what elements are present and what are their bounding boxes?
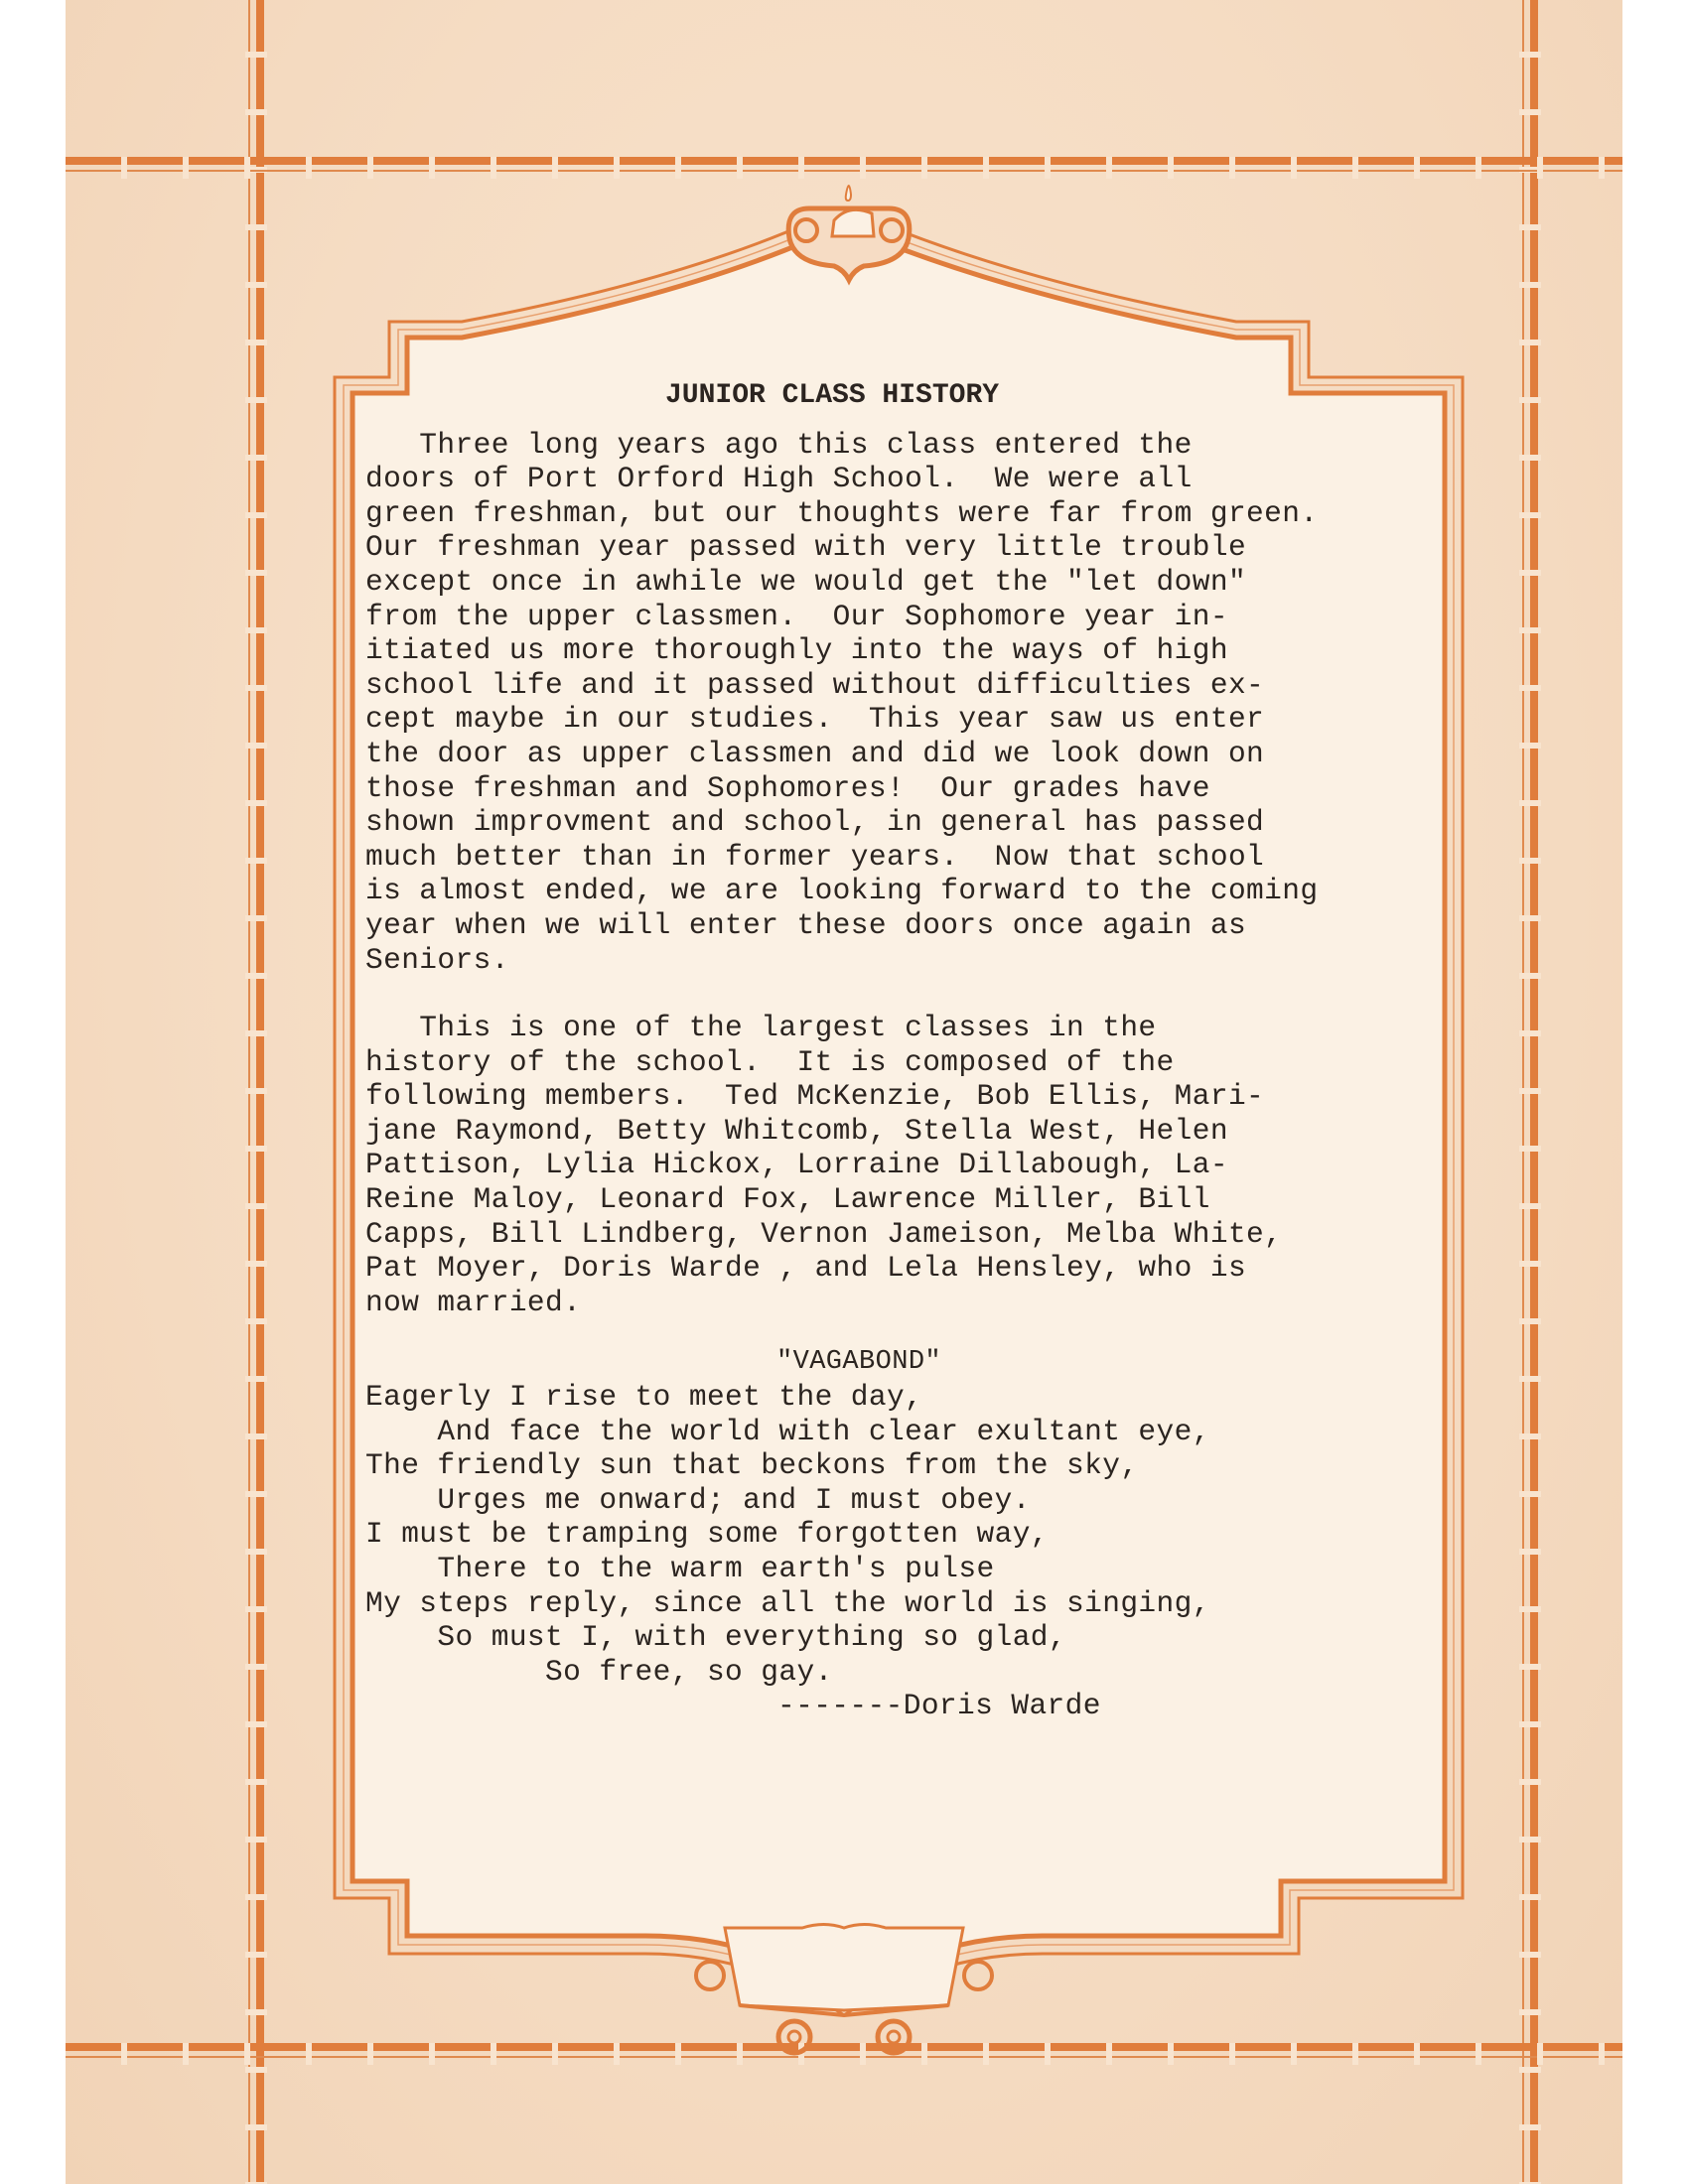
text-line: This is one of the largest classes in th…	[365, 1011, 1438, 1045]
text-line: doors of Port Orford High School. We wer…	[365, 462, 1438, 496]
text-line: history of the school. It is composed of…	[365, 1045, 1438, 1080]
text-line: cept maybe in our studies. This year saw…	[365, 702, 1438, 737]
poem-line: So must I, with everything so glad,	[365, 1620, 1438, 1655]
text-line: Pat Moyer, Doris Warde , and Lela Hensle…	[365, 1251, 1438, 1286]
poem-title: "VAGABOND"	[365, 1345, 1438, 1380]
history-paragraph: Three long years ago this class entered …	[365, 428, 1438, 978]
poem-line: And face the world with clear exultant e…	[365, 1415, 1438, 1449]
text-line: the door as upper classmen and did we lo…	[365, 737, 1438, 771]
text-line: Three long years ago this class entered …	[365, 428, 1438, 463]
poem-line: Urges me onward; and I must obey.	[365, 1483, 1438, 1518]
open-book-icon	[696, 1925, 992, 2054]
text-line: jane Raymond, Betty Whitcomb, Stella Wes…	[365, 1114, 1438, 1149]
text-line: from the upper classmen. Our Sophomore y…	[365, 600, 1438, 634]
members-paragraph: This is one of the largest classes in th…	[365, 1011, 1438, 1319]
text-line: except once in awhile we would get the "…	[365, 565, 1438, 600]
text-line: school life and it passed without diffic…	[365, 668, 1438, 703]
poem-line: I must be tramping some forgotten way,	[365, 1517, 1438, 1552]
poem-line: The friendly sun that beckons from the s…	[365, 1448, 1438, 1483]
poem-line: My steps reply, since all the world is s…	[365, 1586, 1438, 1621]
text-line: Capps, Bill Lindberg, Vernon Jameison, M…	[365, 1217, 1438, 1252]
page-title: JUNIOR CLASS HISTORY	[365, 379, 1438, 414]
text-line: Seniors.	[365, 943, 1438, 978]
poem-signature: -------Doris Warde	[365, 1689, 1438, 1723]
poem-line: There to the warm earth's pulse	[365, 1552, 1438, 1586]
text-line: those freshman and Sophomores! Our grade…	[365, 771, 1438, 806]
document-body: JUNIOR CLASS HISTORY Three long years ag…	[365, 379, 1438, 1723]
text-line: Reine Maloy, Leonard Fox, Lawrence Mille…	[365, 1182, 1438, 1217]
text-line: following members. Ted McKenzie, Bob Ell…	[365, 1079, 1438, 1114]
text-line: much better than in former years. Now th…	[365, 840, 1438, 875]
text-line: green freshman, but our thoughts were fa…	[365, 496, 1438, 531]
poem-line: So free, so gay.	[365, 1655, 1438, 1690]
text-line: shown improvment and school, in general …	[365, 805, 1438, 840]
text-line: year when we will enter these doors once…	[365, 908, 1438, 943]
text-line: Our freshman year passed with very littl…	[365, 530, 1438, 565]
text-line: is almost ended, we are looking forward …	[365, 874, 1438, 908]
text-line: itiated us more thoroughly into the ways…	[365, 633, 1438, 668]
poem-body: Eagerly I rise to meet the day, And face…	[365, 1380, 1438, 1689]
poem-line: Eagerly I rise to meet the day,	[365, 1380, 1438, 1415]
text-line: Pattison, Lylia Hickox, Lorraine Dillabo…	[365, 1148, 1438, 1182]
text-line: now married.	[365, 1286, 1438, 1320]
